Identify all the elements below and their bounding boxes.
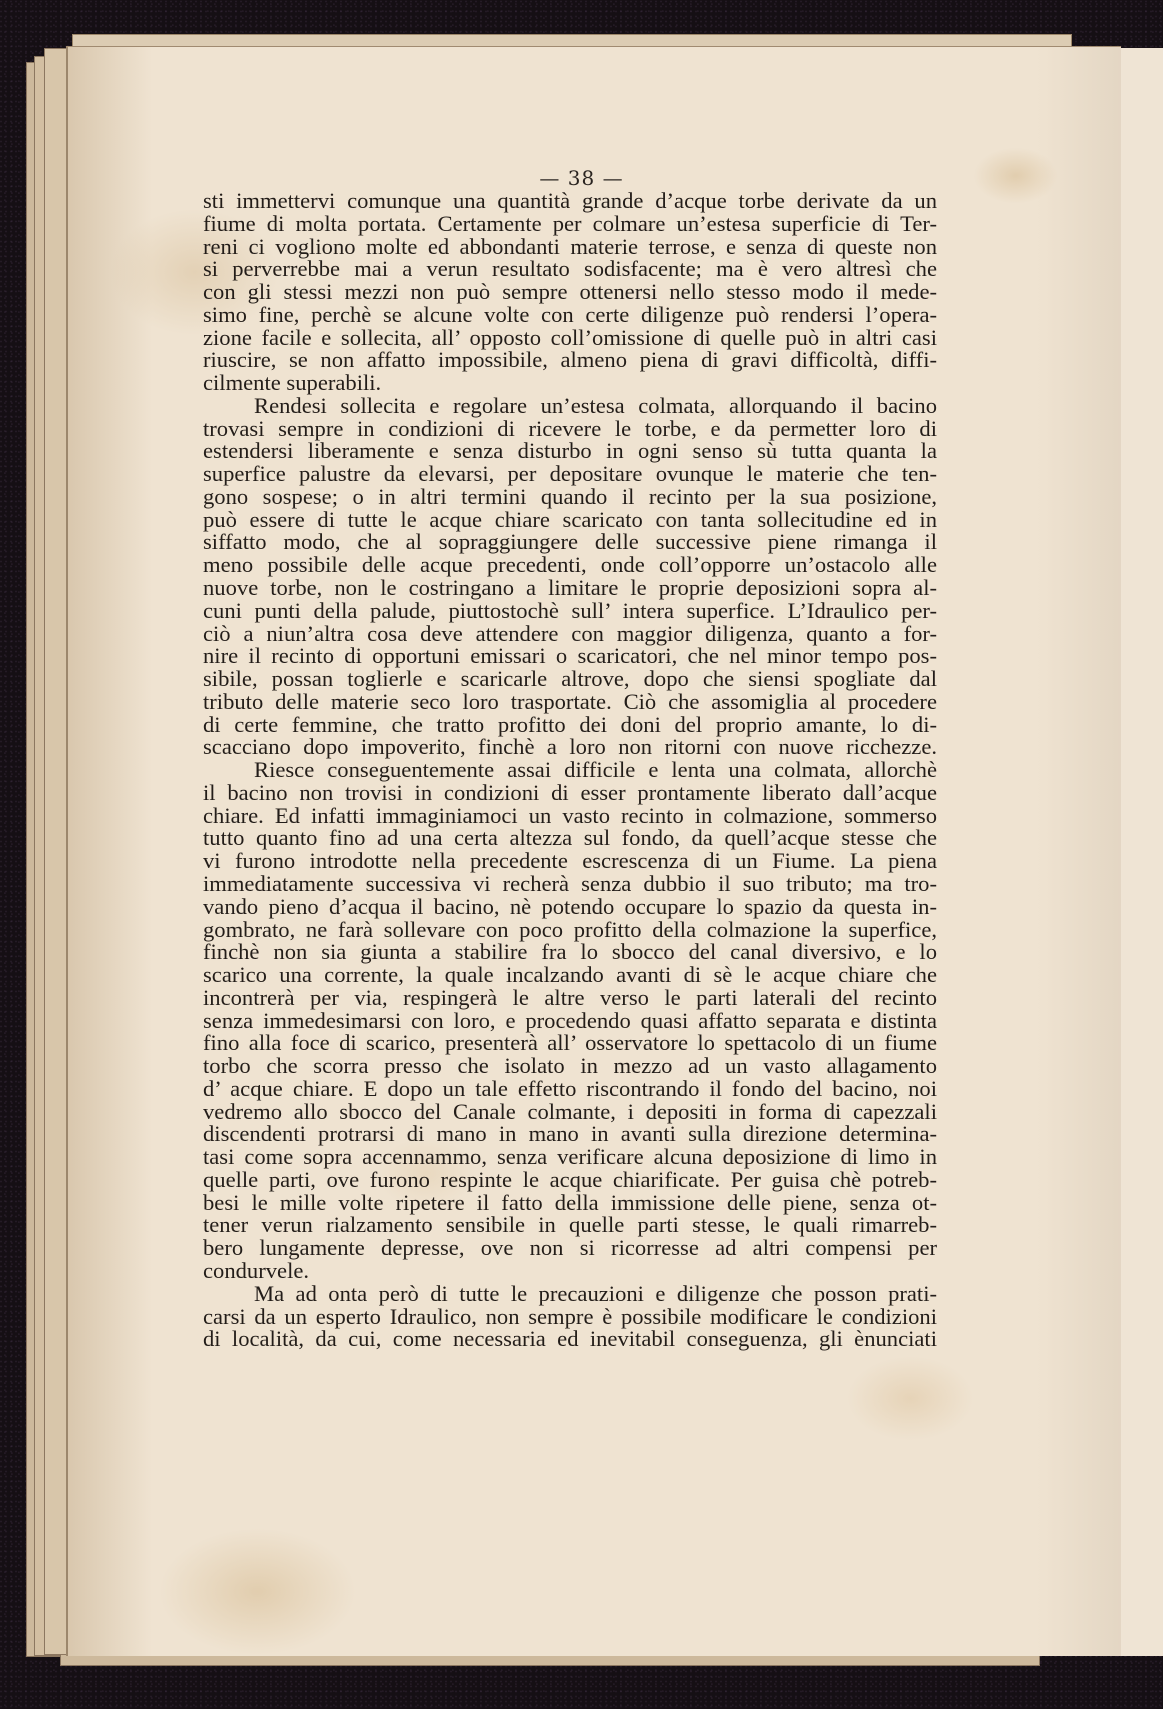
text-line: vedremo allo sbocco del Canale colmante,… (203, 1101, 937, 1124)
text-line: bero lungamente depresse, ove non si ric… (203, 1237, 937, 1260)
text-line: si perverrebbe mai a verun resultato sod… (203, 258, 937, 281)
text-line: sti immettervi comunque una quantità gra… (203, 190, 937, 213)
text-line: vi furono introdotte nella precedente es… (203, 850, 937, 873)
text-line: zione facile e sollecita, all’ opposto c… (203, 327, 937, 350)
text-line: torbo che scorra presso che isolato in m… (203, 1055, 937, 1078)
text-line: finchè non sia giunta a stabilire fra lo… (203, 941, 937, 964)
text-line: di certe femmine, che tratto profitto de… (203, 714, 937, 737)
text-line: ciò a niun’altra cosa deve attendere con… (203, 623, 937, 646)
paragraph-first-line: Rendesi sollecita e regolare un’estesa c… (203, 395, 937, 418)
text-line: sibile, possan toglierle e scaricarle al… (203, 668, 937, 691)
text-line: tasi come sopra accennammo, senza verifi… (203, 1146, 937, 1169)
text-line: discendenti protrarsi di mano in mano in… (203, 1123, 937, 1146)
text-line: fino alla foce di scarico, presenterà al… (203, 1032, 937, 1055)
text-line: estendersi liberamente e senza disturbo … (203, 440, 937, 463)
text-line: il bacino non trovisi in condizioni di e… (203, 782, 937, 805)
text-line: nuove torbe, non le costringano a limita… (203, 577, 937, 600)
text-line: riuscire, se non affatto impossibile, al… (203, 349, 937, 372)
text-line: reni ci vogliono molte ed abbondanti mat… (203, 236, 937, 259)
text-line: scacciano dopo impoverito, finchè a loro… (203, 736, 937, 759)
text-line: senza immedesimarsi con loro, e proceden… (203, 1010, 937, 1033)
text-line: immediatamente successiva vi recherà sen… (203, 873, 937, 896)
text-line: tributo delle materie seco loro trasport… (203, 691, 937, 714)
text-line: tener verun rialzamento sensibile in que… (203, 1214, 937, 1237)
text-line: meno possibile delle acque precedenti, o… (203, 554, 937, 577)
text-line: trovasi sempre in condizioni di ricevere… (203, 418, 937, 441)
paragraph-first-line: Riesce conseguentemente assai difficile … (203, 759, 937, 782)
text-line: scarico una corrente, la quale incalzand… (203, 964, 937, 987)
next-page-edge (1120, 48, 1163, 1656)
body-text: sti immettervi comunque una quantità gra… (203, 190, 937, 1351)
text-line: condurvele. (203, 1260, 937, 1283)
text-line: gono sospese; o in altri termini quando … (203, 486, 937, 509)
text-line: incontrerà per via, respingerà le altre … (203, 987, 937, 1010)
text-line: può essere di tutte le acque chiare scar… (203, 509, 937, 532)
text-line: superfice palustre da elevarsi, per depo… (203, 463, 937, 486)
text-line: con gli stessi mezzi non può sempre otte… (203, 281, 937, 304)
text-line: cilmente superabili. (203, 372, 937, 395)
text-line: tutto quanto fino ad una certa altezza s… (203, 827, 937, 850)
text-line: di località, da cui, come necessaria ed … (203, 1328, 937, 1351)
text-line: nire il recinto di opportuni emissari o … (203, 645, 937, 668)
text-line: simo fine, perchè se alcune volte con ce… (203, 304, 937, 327)
text-line: d’ acque chiare. E dopo un tale effetto … (203, 1078, 937, 1101)
page-number: — 38 — (0, 166, 1163, 190)
text-line: fiume di molta portata. Certamente per c… (203, 213, 937, 236)
text-line: carsi da un esperto Idraulico, non sempr… (203, 1306, 937, 1329)
paragraph-first-line: Ma ad onta però di tutte le precauzioni … (203, 1283, 937, 1306)
text-line: vando pieno d’acqua il bacino, nè potend… (203, 896, 937, 919)
text-line: cuni punti della palude, piuttostochè su… (203, 600, 937, 623)
text-line: chiare. Ed infatti immaginiamoci un vast… (203, 805, 937, 828)
text-line: gombrato, ne farà sollevare con poco pro… (203, 919, 937, 942)
text-line: besi le mille volte ripetere il fatto de… (203, 1192, 937, 1215)
text-line: siffatto modo, che al sopraggiungere del… (203, 531, 937, 554)
text-line: quelle parti, ove furono respinte le acq… (203, 1169, 937, 1192)
